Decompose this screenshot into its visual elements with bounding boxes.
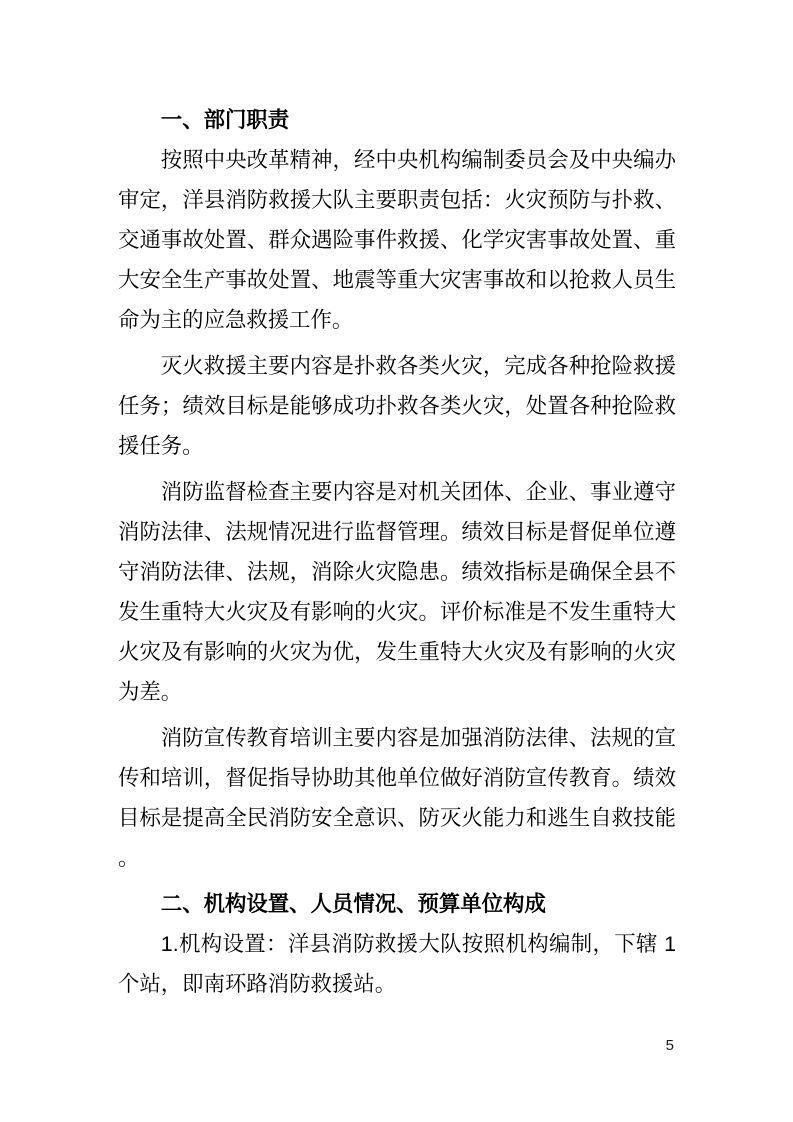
document-paragraph: 消防监督检查主要内容是对机关团体、企业、事业遵守消防法律、法规情况进行监督管理。… — [118, 472, 676, 712]
page-number: 5 — [666, 1037, 674, 1054]
document-paragraph: 按照中央改革精神，经中央机构编制委员会及中央编办审定，洋县消防救援大队主要职责包… — [118, 140, 676, 340]
document-content: 一、部门职责按照中央改革精神，经中央机构编制委员会及中央编办审定，洋县消防救援大… — [118, 100, 676, 1010]
document-paragraph: 灭火救援主要内容是扑救各类火灾，完成各种抢险救援任务；绩效目标是能够成功扑救各类… — [118, 346, 676, 466]
document-paragraph: 消防宣传教育培训主要内容是加强消防法律、法规的宣传和培训，督促指导协助其他单位做… — [118, 718, 676, 878]
section-heading: 二、机构设置、人员情况、预算单位构成 — [118, 884, 676, 924]
document-paragraph: 1.机构设置：洋县消防救援大队按照机构编制，下辖 1 个站，即南环路消防救援站。 — [118, 924, 676, 1004]
section-heading: 一、部门职责 — [118, 100, 676, 140]
document-page: 一、部门职责按照中央改革精神，经中央机构编制委员会及中央编办审定，洋县消防救援大… — [0, 0, 793, 1122]
page-footer: 5 — [666, 1036, 674, 1056]
